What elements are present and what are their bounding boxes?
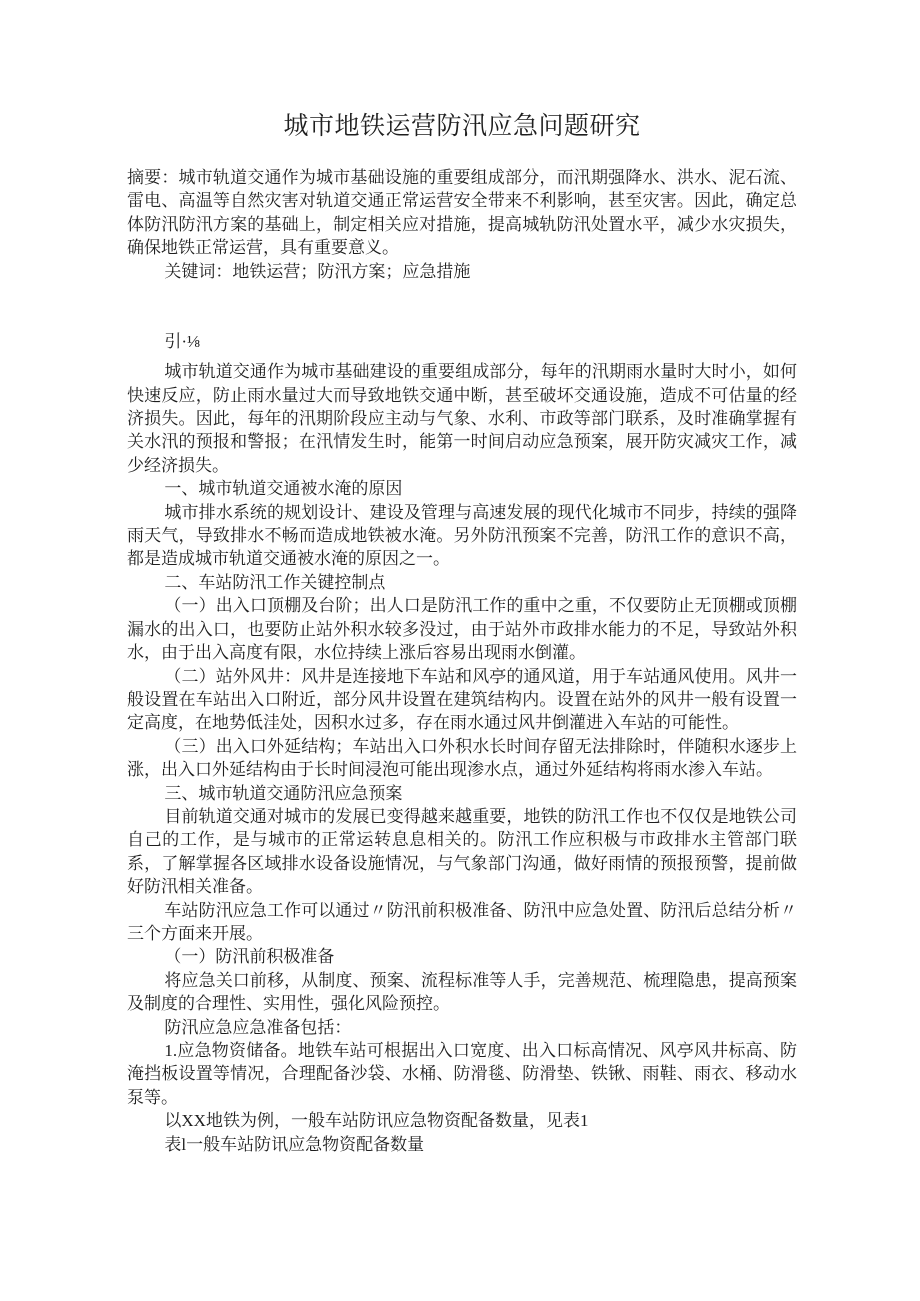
blank-line [127,283,797,306]
heading-section-1: 一、城市轨道交通被水淹的原因 [127,477,797,500]
document-page: 城市地铁运营防汛应急问题研究 摘要：城市轨道交通作为城市基础设施的重要组成部分，… [0,0,920,1301]
preparation-paragraph-2: 防汛应急应急准备包括： [127,1016,797,1039]
subheading-preparation: （一）防汛前积极准备 [127,945,797,968]
document-title: 城市地铁运营防汛应急问题研究 [127,108,797,146]
section-2-item-2-paragraph: （二）站外风井：风井是连接地下车站和风亭的通风道，用于车站通风使用。风井一般设置… [127,665,797,735]
supplies-paragraph: 1.应急物资储备。地铁车站可根据出入口宽度、出入口标高情况、风亭风井标高、防淹挡… [127,1039,797,1109]
keywords-paragraph: 关键词：地铁运营；防汛方案；应急措施 [127,260,797,283]
section-2-item-1-paragraph: （一）出入口顶棚及台阶；出人口是防汛工作的重中之重，不仅要防止无顶棚或顶棚漏水的… [127,594,797,664]
section-1-paragraph: 城市排水系统的规划设计、建设及管理与高速发展的现代化城市不同步，持续的强降雨天气… [127,501,797,571]
document-body: 摘要：城市轨道交通作为城市基础设施的重要组成部分，而汛期强降水、洪水、泥石流、雷… [127,166,797,1156]
section-3-paragraph-2: 车站防汛应急工作可以通过〃防汛前积极准备、防汛中应急处置、防汛后总结分析〃三个方… [127,899,797,946]
table-caption: 表l一般车站防讯应急物资配备数量 [127,1133,797,1156]
section-3-paragraph-1: 目前轨道交通对城市的发展已变得越来越重要，地铁的防汛工作也不仅仅是地铁公司自己的… [127,805,797,899]
section-intro-heading: 引·⅛ [127,330,797,353]
blank-line [127,306,797,329]
heading-section-3: 三、城市轨道交通防汛应急预案 [127,782,797,805]
intro-paragraph: 城市轨道交通作为城市基础建设的重要组成部分，每年的汛期雨水量时大时小，如何快速反… [127,360,797,477]
heading-section-2: 二、车站防汛工作关键控制点 [127,571,797,594]
section-2-item-3-paragraph: （三）出入口外延结构；车站出入口外积水长时间存留无法排除时，伴随积水逐步上涨，出… [127,735,797,782]
abstract-paragraph: 摘要：城市轨道交通作为城市基础设施的重要组成部分，而汛期强降水、洪水、泥石流、雷… [127,166,797,260]
preparation-paragraph-1: 将应急关口前移，从制度、预案、流程标准等人手，完善规范、梳理隐患，提高预案及制度… [127,969,797,1016]
document-content: 城市地铁运营防汛应急问题研究 摘要：城市轨道交通作为城市基础设施的重要组成部分，… [127,108,797,1156]
example-paragraph: 以XX地铁为例，一般车站防讯应急物资配备数量，见表1 [127,1109,797,1132]
